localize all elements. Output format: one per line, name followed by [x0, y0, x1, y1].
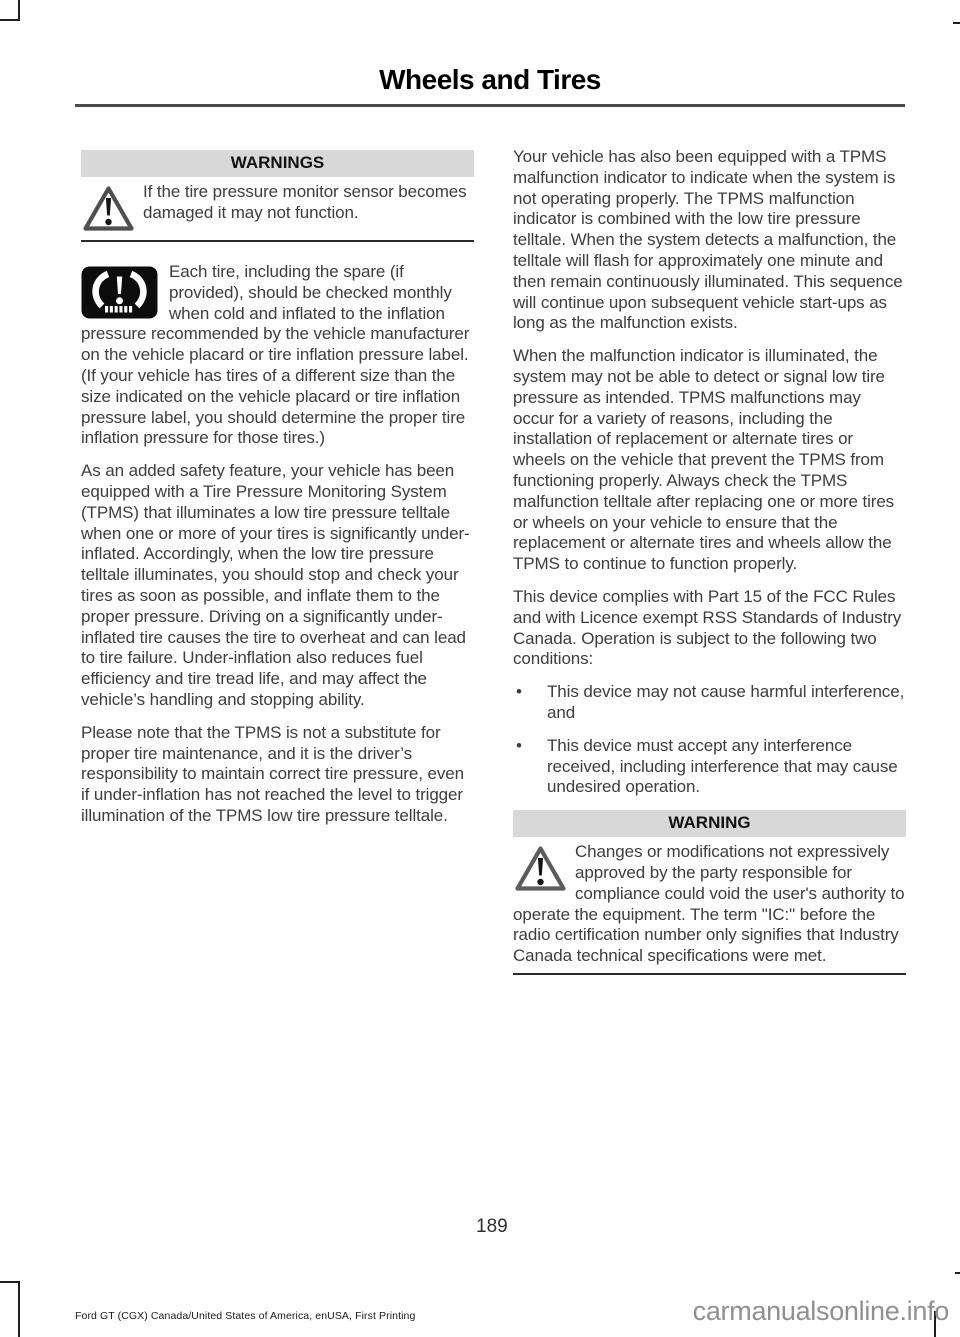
paragraph-fcc-compliance: This device complies with Part 15 of the…	[513, 587, 906, 670]
warning-box-body: Changes or modifications not expressivel…	[513, 837, 906, 967]
warnings-box-rule	[81, 240, 474, 242]
paragraph-tpms-not-substitute: Please note that the TPMS is not a subst…	[81, 723, 474, 827]
warning-box-header: WARNING	[513, 810, 906, 837]
tpms-paragraph: Each tire, including the spare (if provi…	[81, 262, 474, 449]
warning-box: WARNING Changes or modifications not exp…	[513, 810, 906, 975]
warning-box-text: Changes or modifications not expressivel…	[513, 842, 904, 965]
paragraph-tpms-safety-feature: As an added safety feature, your vehicle…	[81, 461, 474, 711]
bullet-item-harmful-interference: • This device may not cause harmful inte…	[513, 682, 906, 724]
crop-mark-top-left-vertical	[18, 0, 20, 20]
bullet-text: This device may not cause harmful interf…	[547, 682, 906, 724]
bullet-text: This device must accept any interference…	[547, 736, 906, 798]
crop-mark-bottom-left-horizontal	[0, 1281, 20, 1283]
header-rule	[75, 104, 905, 107]
warning-triangle-icon	[515, 845, 566, 892]
watermark: carmanualsonline.info	[693, 1296, 949, 1327]
warnings-box-header: WARNINGS	[81, 150, 474, 177]
tpms-telltale-icon	[81, 266, 158, 319]
crop-mark-bottom-left-vertical	[18, 1281, 20, 1337]
left-column: WARNINGS If the tire pressure monitor se…	[81, 150, 474, 839]
bullet-dot: •	[513, 736, 547, 798]
right-column: Your vehicle has also been equipped with…	[513, 147, 906, 975]
warnings-box-body: If the tire pressure monitor sensor beco…	[81, 177, 474, 234]
bullet-dot: •	[513, 682, 547, 724]
warning-triangle-icon	[83, 185, 134, 232]
footer-print-info: Ford GT (CGX) Canada/United States of Am…	[75, 1310, 415, 1322]
page-number: 189	[476, 1216, 508, 1238]
bullet-item-accept-interference: • This device must accept any interferen…	[513, 736, 906, 798]
crop-mark-bottom-right-tick	[955, 1272, 960, 1274]
warnings-box-text: If the tire pressure monitor sensor beco…	[143, 182, 467, 222]
warnings-box: WARNINGS If the tire pressure monitor se…	[81, 150, 474, 242]
crop-mark-top-right	[953, 22, 960, 24]
warning-box-rule	[513, 973, 906, 975]
manual-page: Wheels and Tires WARNINGS If the tire pr…	[0, 0, 960, 1337]
paragraph-malfunction-indicator: Your vehicle has also been equipped with…	[513, 147, 906, 334]
paragraph-malfunction-illuminated: When the malfunction indicator is illumi…	[513, 346, 906, 575]
crop-mark-top-left-horizontal	[0, 19, 20, 21]
page-title: Wheels and Tires	[75, 64, 905, 96]
